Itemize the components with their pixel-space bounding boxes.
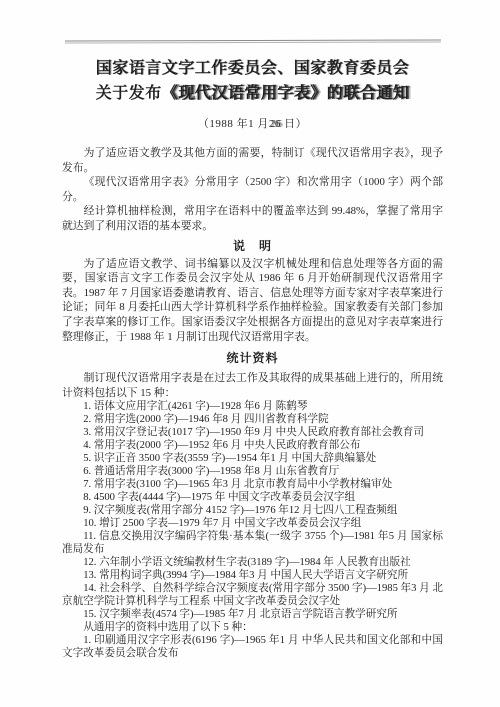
date-prefix: （1988 年1 月: [198, 118, 269, 130]
tongji-list-item: 15. 汉字频率表(4574 字)—1985 年7 月 北京语言学院语言教学研究…: [62, 608, 443, 621]
date-ghosted-day: 26: [269, 118, 281, 130]
document-page: 国家语言文字工作委员会、国家教育委员会 关于发布《现代汉语常用字表》的联合通知 …: [0, 0, 500, 707]
tongji-list-item: 11. 信息交换用汉字编码字符集·基本集(一级字 3755 个)—1981 年5…: [62, 530, 443, 556]
tongji-list-item: 4. 常用字表(2000 字)—1952 年6 月 中央人民政府教育部公布: [62, 439, 443, 452]
tongji-list-item: 8. 4500 字表(4444 字)—1975 年 中国文字改革委员会汉字组: [62, 491, 443, 504]
tongji-list-item: 13. 常用构词字典(3994 字)—1984 年3 月 中国人民大学语言文字研…: [62, 569, 443, 582]
tongji-list-item: 5. 识字正音 3500 字表(3559 字)—1954 年1 月 中国大辞典编…: [62, 452, 443, 465]
tongyong-list-item: 1. 印刷通用汉字字形表(6196 字)—1965 年1 月 中华人民共和国文化…: [62, 634, 443, 660]
section-heading-shuoming: 说 明: [62, 238, 443, 254]
tongji-list-item: 7. 常用字表(3100 字)—1965 年3 月 北京市教育局中小学教材编审处: [62, 478, 443, 491]
tongji-list-item: 3. 常用汉字登记表(1017 字)—1950 年9 月 中央人民政府教育部社会…: [62, 426, 443, 439]
tongji-list-item: 10. 增订 2500 字表—1979 年7 月 中国文字改革委员会汉字组: [62, 517, 443, 530]
title-subject-ghosted-text: 《现代汉语常用字表》的联合通知: [162, 85, 410, 102]
title-subject-prefix: 关于发布: [96, 85, 162, 102]
notice-paragraph: 经计算机抽样检测，常用字在语料中的覆盖率达到 99.48%，掌握了常用字就达到了…: [62, 204, 443, 233]
tongyong-intro-line: 从通用字的资料中选用了以下 5 种：: [62, 621, 443, 634]
notice-paragraph: 为了适应语文教学及其他方面的需要，特制订《现代汉语常用字表》，现予发布。: [62, 146, 443, 175]
document-title-org: 国家语言文字工作委员会、国家教育委员会: [62, 56, 443, 81]
document-title-subject: 关于发布《现代汉语常用字表》的联合通知: [62, 81, 443, 106]
tongji-list-item: 12. 六年制小学语文统编教材生字表(3189 字)—1984 年 人民教育出版…: [62, 556, 443, 569]
notice-body: 为了适应语文教学及其他方面的需要，特制订《现代汉语常用字表》，现予发布。 《现代…: [62, 146, 443, 234]
tongji-list-item: 14. 社会科学、自然科学综合汉字频度表(常用字部分 3500 字)—1985 …: [62, 582, 443, 608]
shuoming-paragraph: 为了适应语文教学、词书编纂以及汉字机械处理和信息处理等各方面的需要，国家语言文字…: [62, 257, 443, 345]
section-heading-tongji: 统计资料: [62, 350, 443, 366]
document-date: （1988 年1 月26 日）: [62, 115, 443, 131]
tongji-list-item: 6. 普通话常用字表(3000 字)—1958 年8 月 山东省教育厅: [62, 465, 443, 478]
tongji-list-item: 1. 语体文应用字汇(4261 字)—1928 年6 月 陈鹤琴: [62, 400, 443, 413]
tongji-intro-paragraph: 制订现代汉语常用字表是在过去工作及其取得的成果基础上进行的，所用统计资料包括以下…: [62, 371, 443, 400]
top-rule-divider: [65, 40, 441, 42]
notice-paragraph: 《现代汉语常用字表》分常用字（2500 字）和次常用字（1000 字）两个部分。: [62, 175, 443, 204]
tongji-source-list: 1. 语体文应用字汇(4261 字)—1928 年6 月 陈鹤琴 2. 常用字选…: [62, 400, 443, 621]
tongyong-source-list: 1. 印刷通用汉字字形表(6196 字)—1965 年1 月 中华人民共和国文化…: [62, 634, 443, 660]
tongji-list-item: 9. 汉字频度表(常用字部分 4152 字)—1976 年12 月七四八工程查频…: [62, 504, 443, 517]
date-suffix: 日）: [281, 118, 307, 130]
tongji-list-item: 2. 常用字选(2000 字)—1946 年8 月 四川省教育科学院: [62, 413, 443, 426]
